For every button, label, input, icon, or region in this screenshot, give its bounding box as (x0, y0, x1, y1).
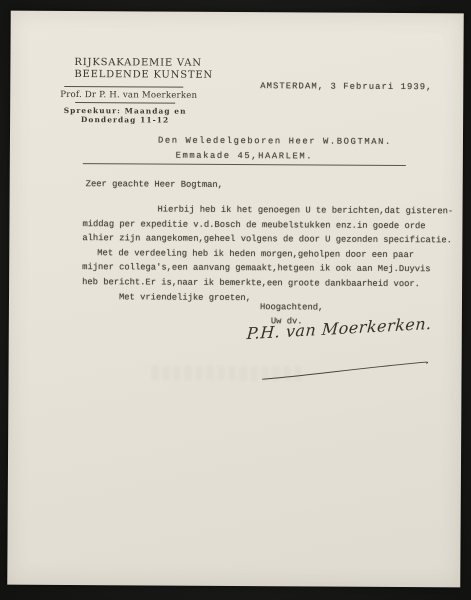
letter-paper: RIJKSAKADEMIE VAN BEELDENDE KUNSTEN Prof… (7, 11, 463, 588)
office-hours-line1: Spreekuur: Maandag en (50, 106, 200, 116)
recipient-address: Den Weledelgeboren Heer W.BOGTMAN. Emmak… (83, 133, 406, 166)
letterhead-organization: RIJKSAKADEMIE VAN BEELDENDE KUNSTEN (74, 57, 213, 81)
office-hours-line2: Donderdag 11-12 (50, 115, 200, 125)
letterhead-divider-bottom (75, 102, 175, 104)
salutation: Zeer geachte Heer Bogtman, (86, 177, 223, 192)
letter-body: Hierbij heb ik het genoegen U te bericht… (82, 202, 471, 307)
letterhead-org-line1: RIJKSAKADEMIE VAN (74, 57, 213, 69)
recipient-name: Den Weledelgeboren Heer W.BOGTMAN. (158, 134, 406, 150)
closing-hoogachtend: Hoogachtend, (260, 300, 323, 315)
scanned-letter-photo: RIJKSAKADEMIE VAN BEELDENDE KUNSTEN Prof… (0, 0, 471, 600)
letterhead-divider-top (64, 86, 183, 88)
dateline: AMSTERDAM, 3 Februari 1939, (260, 79, 432, 95)
body-line: Hierbij heb ik het genoegen U te bericht… (157, 203, 471, 220)
recipient-street: Emmakade 45,HAARLEM. (83, 148, 406, 165)
letterhead-person: Prof. Dr P. H. van Moerkerken (60, 90, 190, 101)
letterhead-org-line2: BEELDENDE KUNSTEN (74, 69, 213, 81)
paper-watermark (152, 365, 304, 381)
letterhead-office-hours: Spreekuur: Maandag en Donderdag 11-12 (50, 106, 200, 125)
